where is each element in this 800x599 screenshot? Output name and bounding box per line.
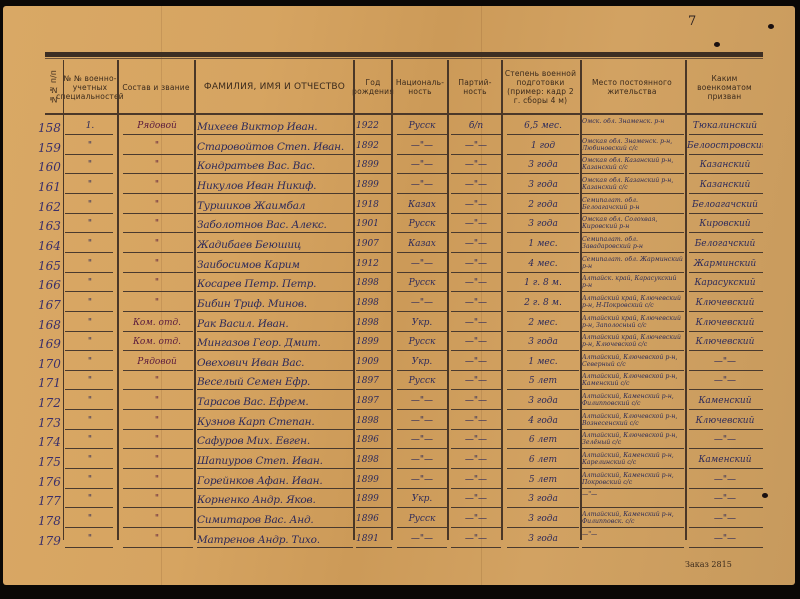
cell-name: Горейнков Афан. Иван. [197, 475, 353, 487]
cell-name: Туршиков Жаимбал [197, 200, 353, 212]
table-row: 173""Кузнов Карп Степан.1898—"——"—4 года… [45, 412, 763, 432]
row-underline [356, 429, 392, 430]
row-underline [197, 291, 353, 292]
cell-vus: " [65, 298, 115, 308]
cell-training: 1 мес. [507, 239, 579, 249]
cell-commissariat: Казанский [687, 180, 763, 190]
cell-rank: " [121, 475, 193, 485]
row-underline [582, 134, 684, 135]
row-underline [397, 252, 447, 253]
cell-vus: 1. [65, 121, 115, 131]
cell-residence: Семипалат. обл. Завадаровский р-н [582, 236, 684, 253]
row-underline [123, 311, 193, 312]
row-underline [356, 232, 392, 233]
row-underline [689, 429, 763, 430]
row-underline [356, 488, 392, 489]
row-underline [123, 547, 193, 548]
table-row: 177""Корненко Андр. Яков.1899Укр.—"—3 го… [45, 490, 763, 510]
row-underline [197, 311, 353, 312]
cell-rank: Рядовой [121, 121, 193, 131]
row-underline [397, 331, 447, 332]
cell-name: Тарасов Вас. Ефрем. [197, 396, 353, 408]
cell-rank: " [121, 534, 193, 544]
row-underline [123, 389, 193, 390]
row-underline [689, 448, 763, 449]
table-row: 169"Ком. отд.Мингазов Геор. Дмит.1899Рус… [45, 333, 763, 353]
cell-name: Корненко Андр. Яков. [197, 494, 353, 506]
cell-nat: Укр. [397, 494, 447, 504]
row-underline [356, 213, 392, 214]
cell-commissariat: Белогачский [687, 239, 763, 249]
cell-num: 163 [38, 219, 62, 233]
cell-training: 2 года [507, 200, 579, 210]
table-row: 170"РядовойОвехович Иван Вас.1909Укр.—"—… [45, 353, 763, 373]
row-underline [356, 389, 392, 390]
cell-num: 173 [38, 416, 62, 430]
row-underline [582, 409, 684, 410]
row-underline [507, 468, 579, 469]
row-underline [582, 429, 684, 430]
row-underline [689, 488, 763, 489]
row-underline [65, 350, 113, 351]
cell-training: 3 года [507, 514, 579, 524]
row-underline [689, 154, 763, 155]
cell-training: 3 года [507, 219, 579, 229]
cell-residence: Алтайский край, Ключевский р-н, Ключевск… [582, 334, 684, 351]
row-underline [689, 370, 763, 371]
cell-year: 1897 [356, 396, 392, 406]
cell-rank: " [121, 514, 193, 524]
cell-year: 1891 [356, 534, 392, 544]
row-underline [507, 429, 579, 430]
cell-party: —"— [451, 219, 501, 229]
row-underline [197, 331, 353, 332]
cell-residence: Алтайский край, Ключевский р-н, Заполосн… [582, 315, 684, 332]
row-underline [65, 291, 113, 292]
cell-year: 1898 [356, 278, 392, 288]
cell-name: Косарев Петр. Петр. [197, 278, 353, 290]
row-underline [65, 193, 113, 194]
cell-name: Симитаров Вас. Анд. [197, 514, 353, 526]
cell-nat: —"— [397, 396, 447, 406]
row-underline [356, 350, 392, 351]
cell-commissariat: Каменский [687, 396, 763, 406]
row-underline [451, 507, 501, 508]
row-underline [197, 488, 353, 489]
punch-hole [768, 24, 774, 29]
cell-name: Шапиуров Степ. Иван. [197, 455, 353, 467]
cell-residence: Алтайский, Каменский р-н, Филипповск. с/… [582, 511, 684, 528]
row-underline [689, 134, 763, 135]
cell-nat: Русск [397, 514, 447, 524]
row-underline [356, 311, 392, 312]
cell-vus: " [65, 494, 115, 504]
cell-commissariat: Белоостровский [687, 141, 763, 151]
row-underline [507, 213, 579, 214]
cell-nat: Казах [397, 239, 447, 249]
table-row: 164""Жадибаев Беюшиц1907Казах—"—1 мес.Се… [45, 235, 763, 255]
row-underline [451, 252, 501, 253]
row-underline [582, 350, 684, 351]
row-underline [397, 193, 447, 194]
row-underline [582, 448, 684, 449]
cell-name: Кондратьев Вас. Вас. [197, 160, 353, 172]
row-underline [582, 213, 684, 214]
cell-commissariat: —"— [687, 435, 763, 445]
row-underline [65, 232, 113, 233]
table-row: 159""Старовойтов Степ. Иван.1892—"——"—1 … [45, 137, 763, 157]
row-underline [397, 488, 447, 489]
cell-commissariat: Жарминский [687, 259, 763, 269]
cell-residence: Алтайский, Каменский р-н, Филипповский с… [582, 393, 684, 410]
cell-rank: " [121, 239, 193, 249]
col-header-training: Степень военной подготовки (пример: кадр… [503, 60, 578, 114]
row-underline [507, 507, 579, 508]
cell-residence: Алтайский, Ключевской р-н, Вознесенский … [582, 413, 684, 430]
row-underline [451, 468, 501, 469]
cell-training: 3 года [507, 494, 579, 504]
cell-training: 3 года [507, 534, 579, 544]
row-underline [689, 213, 763, 214]
row-underline [397, 389, 447, 390]
cell-vus: " [65, 475, 115, 485]
row-underline [397, 468, 447, 469]
row-underline [397, 547, 447, 548]
cell-name: Веселый Семен Ефр. [197, 376, 353, 388]
row-underline [65, 448, 113, 449]
cell-party: —"— [451, 180, 501, 190]
cell-name: Сафуров Мих. Евген. [197, 435, 353, 447]
row-underline [356, 173, 392, 174]
row-underline [65, 252, 113, 253]
cell-num: 175 [38, 455, 62, 469]
order-number: Заказ 2815 [685, 560, 732, 569]
cell-num: 174 [38, 435, 62, 449]
row-underline [507, 232, 579, 233]
row-underline [197, 547, 353, 548]
row-underline [197, 468, 353, 469]
cell-num: 179 [38, 534, 62, 548]
table-row: 174""Сафуров Мих. Евген.1896—"——"—6 летА… [45, 431, 763, 451]
row-underline [582, 154, 684, 155]
cell-nat: —"— [397, 259, 447, 269]
cell-residence: Алтайский, Ключевской р-н, Северный с/с [582, 354, 684, 371]
row-underline [197, 389, 353, 390]
cell-nat: —"— [397, 298, 447, 308]
cell-name: Старовойтов Степ. Иван. [197, 141, 353, 153]
row-underline [123, 331, 193, 332]
cell-training: 6,5 мес. [507, 121, 579, 131]
cell-residence: Омск. обл. Знаменск. р-н [582, 118, 684, 135]
cell-year: 1909 [356, 357, 392, 367]
row-underline [582, 468, 684, 469]
cell-residence: Алтайский, Ключевской р-н, Каменский с/с [582, 373, 684, 390]
cell-commissariat: —"— [687, 494, 763, 504]
cell-num: 166 [38, 278, 62, 292]
row-underline [507, 448, 579, 449]
row-underline [397, 429, 447, 430]
cell-party: —"— [451, 259, 501, 269]
row-underline [65, 134, 113, 135]
cell-commissariat: Карасукский [687, 278, 763, 288]
cell-num: 177 [38, 494, 62, 508]
cell-vus: " [65, 141, 115, 151]
cell-training: 3 года [507, 180, 579, 190]
cell-num: 167 [38, 298, 62, 312]
row-underline [65, 154, 113, 155]
row-underline [689, 272, 763, 273]
cell-year: 1892 [356, 141, 392, 151]
row-underline [397, 409, 447, 410]
row-underline [689, 232, 763, 233]
row-underline [507, 134, 579, 135]
row-underline [689, 507, 763, 508]
cell-training: 4 мес. [507, 259, 579, 269]
row-underline [197, 448, 353, 449]
cell-year: 1899 [356, 475, 392, 485]
row-underline [197, 370, 353, 371]
row-underline [689, 527, 763, 528]
cell-residence: Омская обл. Казанский р-н, Казанский с/с [582, 177, 684, 194]
cell-training: 1 г. 8 м. [507, 278, 579, 288]
row-underline [356, 370, 392, 371]
row-underline [356, 291, 392, 292]
row-underline [451, 350, 501, 351]
row-underline [582, 173, 684, 174]
cell-nat: Казах [397, 200, 447, 210]
cell-commissariat: —"— [687, 376, 763, 386]
cell-commissariat: Ключевский [687, 298, 763, 308]
row-underline [451, 193, 501, 194]
cell-commissariat: Ключевский [687, 337, 763, 347]
cell-commissariat: Ключевский [687, 318, 763, 328]
row-underline [507, 311, 579, 312]
cell-training: 3 года [507, 160, 579, 170]
cell-party: —"— [451, 318, 501, 328]
cell-training: 1 год [507, 141, 579, 151]
cell-party: —"— [451, 278, 501, 288]
row-underline [65, 429, 113, 430]
cell-vus: " [65, 219, 115, 229]
col-header-rank: Состав и звание [118, 60, 194, 114]
row-underline [582, 311, 684, 312]
table-row: 168"Ком. отд.Рак Васил. Иван.1898Укр.—"—… [45, 314, 763, 334]
row-underline [397, 448, 447, 449]
row-underline [65, 488, 113, 489]
cell-vus: " [65, 239, 115, 249]
row-underline [123, 154, 193, 155]
row-underline [397, 272, 447, 273]
cell-residence: Алтайский, Каменский р-н, Карелинский с/… [582, 452, 684, 469]
cell-party: —"— [451, 337, 501, 347]
row-underline [582, 331, 684, 332]
row-underline [582, 272, 684, 273]
row-underline [507, 527, 579, 528]
row-underline [356, 154, 392, 155]
cell-nat: —"— [397, 180, 447, 190]
row-underline [689, 468, 763, 469]
cell-name: Бибин Триф. Минов. [197, 298, 353, 310]
row-underline [123, 213, 193, 214]
cell-vus: " [65, 396, 115, 406]
col-header-party: Партий-ность [449, 60, 501, 114]
row-underline [356, 468, 392, 469]
cell-num: 158 [38, 121, 62, 135]
row-underline [123, 468, 193, 469]
row-underline [65, 311, 113, 312]
row-underline [397, 232, 447, 233]
row-underline [123, 448, 193, 449]
row-underline [65, 389, 113, 390]
table-row: 160""Кондратьев Вас. Вас.1899—"——"—3 год… [45, 156, 763, 176]
cell-residence: Омская обл. Казанский р-н, Казанский с/с [582, 157, 684, 174]
row-underline [123, 527, 193, 528]
cell-rank: " [121, 180, 193, 190]
cell-residence: Алтайский, Каменский р-н, Покровский с/с [582, 472, 684, 489]
cell-year: 1922 [356, 121, 392, 131]
row-underline [197, 232, 353, 233]
cell-year: 1896 [356, 435, 392, 445]
row-underline [123, 272, 193, 273]
row-underline [507, 488, 579, 489]
cell-name: Овехович Иван Вас. [197, 357, 353, 369]
cell-party: —"— [451, 200, 501, 210]
row-underline [356, 331, 392, 332]
row-underline [582, 527, 684, 528]
row-underline [397, 350, 447, 351]
cell-num: 164 [38, 239, 62, 253]
header-top-rule [45, 52, 763, 57]
cell-party: —"— [451, 298, 501, 308]
cell-residence: —"— [582, 531, 684, 548]
row-underline [507, 350, 579, 351]
row-underline [356, 193, 392, 194]
row-underline [689, 389, 763, 390]
cell-rank: " [121, 200, 193, 210]
cell-rank: Рядовой [121, 357, 193, 367]
cell-name: Кузнов Карп Степан. [197, 416, 353, 428]
row-underline [197, 272, 353, 273]
cell-year: 1898 [356, 416, 392, 426]
row-underline [689, 331, 763, 332]
row-underline [507, 252, 579, 253]
cell-year: 1898 [356, 455, 392, 465]
cell-residence: Омская обл. Знаменск. р-н, Любиновский с… [582, 138, 684, 155]
table-header: №№ п/п № № военно-учетных специальностей… [45, 60, 763, 114]
row-underline [507, 193, 579, 194]
cell-residence: Алтайский, Ключевской р-н, Зелёный с/с [582, 432, 684, 449]
row-underline [582, 252, 684, 253]
cell-commissariat: Казанский [687, 160, 763, 170]
row-underline [582, 291, 684, 292]
cell-training: 3 года [507, 337, 579, 347]
cell-rank: " [121, 376, 193, 386]
cell-rank: Ком. отд. [121, 337, 193, 347]
cell-year: 1912 [356, 259, 392, 269]
row-underline [451, 429, 501, 430]
row-underline [507, 547, 579, 548]
cell-num: 161 [38, 180, 62, 194]
table-row: 176""Горейнков Афан. Иван.1899—"——"—5 ле… [45, 471, 763, 491]
row-underline [123, 507, 193, 508]
col-header-nationality: Националь-ность [393, 60, 447, 114]
cell-rank: Ком. отд. [121, 318, 193, 328]
cell-commissariat: —"— [687, 534, 763, 544]
cell-year: 1899 [356, 494, 392, 504]
cell-nat: Укр. [397, 357, 447, 367]
cell-num: 178 [38, 514, 62, 528]
row-underline [451, 547, 501, 548]
cell-num: 169 [38, 337, 62, 351]
row-underline [507, 154, 579, 155]
row-underline [582, 488, 684, 489]
col-header-name: ФАМИЛИЯ, ИМЯ И ОТЧЕСТВО [196, 60, 353, 114]
row-underline [123, 252, 193, 253]
cell-residence: Семипалат. обл. Белоагачский р-н [582, 197, 684, 214]
cell-vus: " [65, 259, 115, 269]
row-underline [507, 409, 579, 410]
corner-mark: 7 [688, 14, 696, 29]
row-underline [582, 507, 684, 508]
row-underline [451, 154, 501, 155]
cell-rank: " [121, 396, 193, 406]
row-underline [356, 272, 392, 273]
row-underline [197, 507, 353, 508]
cell-party: —"— [451, 475, 501, 485]
cell-nat: —"— [397, 416, 447, 426]
cell-party: —"— [451, 160, 501, 170]
row-underline [197, 429, 353, 430]
cell-num: 170 [38, 357, 62, 371]
cell-commissariat: Кировский [687, 219, 763, 229]
table-row: 163""Заболотнов Вас. Алекс.1901Русск—"—3… [45, 215, 763, 235]
cell-year: 1899 [356, 337, 392, 347]
row-underline [65, 468, 113, 469]
cell-num: 171 [38, 376, 62, 390]
cell-training: 2 мес. [507, 318, 579, 328]
row-underline [582, 193, 684, 194]
cell-commissariat: —"— [687, 514, 763, 524]
cell-commissariat: —"— [687, 357, 763, 367]
cell-party: —"— [451, 376, 501, 386]
cell-nat: Укр. [397, 318, 447, 328]
cell-nat: —"— [397, 160, 447, 170]
cell-vus: " [65, 318, 115, 328]
cell-rank: " [121, 259, 193, 269]
cell-party: —"— [451, 396, 501, 406]
table-row: 162""Туршиков Жаимбал1918Казах—"—2 годаС… [45, 196, 763, 216]
row-underline [689, 350, 763, 351]
table-row: 171""Веселый Семен Ефр.1897Русск—"—5 лет… [45, 372, 763, 392]
row-underline [397, 527, 447, 528]
row-underline [123, 370, 193, 371]
row-underline [451, 370, 501, 371]
row-underline [451, 272, 501, 273]
row-underline [582, 232, 684, 233]
cell-year: 1898 [356, 298, 392, 308]
row-underline [197, 193, 353, 194]
cell-training: 4 года [507, 416, 579, 426]
row-underline [65, 272, 113, 273]
cell-year: 1918 [356, 200, 392, 210]
row-underline [65, 507, 113, 508]
cell-training: 5 лет [507, 475, 579, 485]
cell-vus: " [65, 534, 115, 544]
cell-rank: " [121, 219, 193, 229]
cell-vus: " [65, 357, 115, 367]
cell-year: 1896 [356, 514, 392, 524]
cell-nat: —"— [397, 534, 447, 544]
